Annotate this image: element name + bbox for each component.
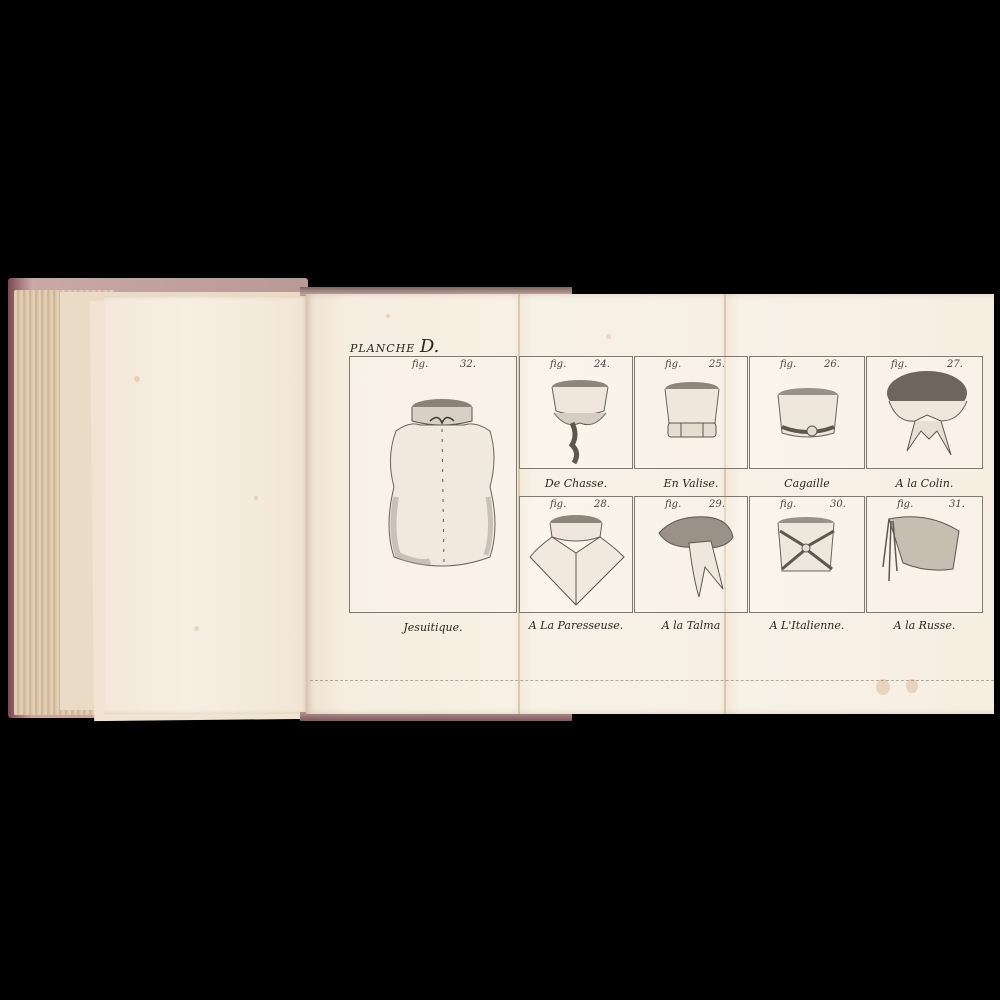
cravate-a-la-russe-illustration — [867, 497, 984, 614]
plate-title-prefix: PLANCHE — [350, 342, 415, 355]
figure-29-caption: A la Talma — [634, 619, 748, 632]
cravate-a-la-paresseuse-illustration — [520, 497, 634, 614]
figure-27-frame: fig. 27. — [866, 356, 983, 469]
figure-32-caption: Jesuitique. — [349, 621, 517, 634]
figure-25-frame: fig. 25. — [634, 356, 748, 469]
blank-left-page — [104, 296, 308, 714]
plate-title: PLANCHE D. — [350, 336, 439, 357]
figure-25-caption: En Valise. — [634, 477, 748, 490]
figure-26-frame: fig. 26. — [749, 356, 865, 469]
figure-24-frame: fig. 24. — [519, 356, 633, 469]
figure-30-caption: A L'Italienne. — [749, 619, 865, 632]
figure-24-caption: De Chasse. — [519, 477, 633, 490]
figure-30-frame: fig. 30. — [749, 496, 865, 613]
cravate-cagaille-illustration — [750, 357, 866, 470]
plate-title-letter: D. — [420, 336, 440, 357]
figure-31-caption: A la Russe. — [866, 619, 983, 632]
figure-29-frame: fig. 29. — [634, 496, 748, 613]
cravate-a-litalienne-illustration — [750, 497, 866, 614]
figure-31-frame: fig. 31. — [866, 496, 983, 613]
cravate-a-la-talma-illustration — [635, 497, 749, 614]
figure-28-caption: A La Paresseuse. — [519, 619, 633, 632]
figure-26-caption: Cagaille — [749, 477, 865, 490]
cravate-de-chasse-illustration — [520, 357, 634, 470]
cravate-en-valise-illustration — [635, 357, 749, 470]
waistcoat-collar-illustration — [350, 357, 518, 614]
figure-32-frame: fig. 32. — [349, 356, 517, 613]
figure-28-frame: fig. 28. — [519, 496, 633, 613]
plate-dashed-rule — [310, 680, 994, 681]
figure-27-caption: A la Colin. — [866, 477, 983, 490]
cravate-a-la-colin-illustration — [867, 357, 984, 470]
